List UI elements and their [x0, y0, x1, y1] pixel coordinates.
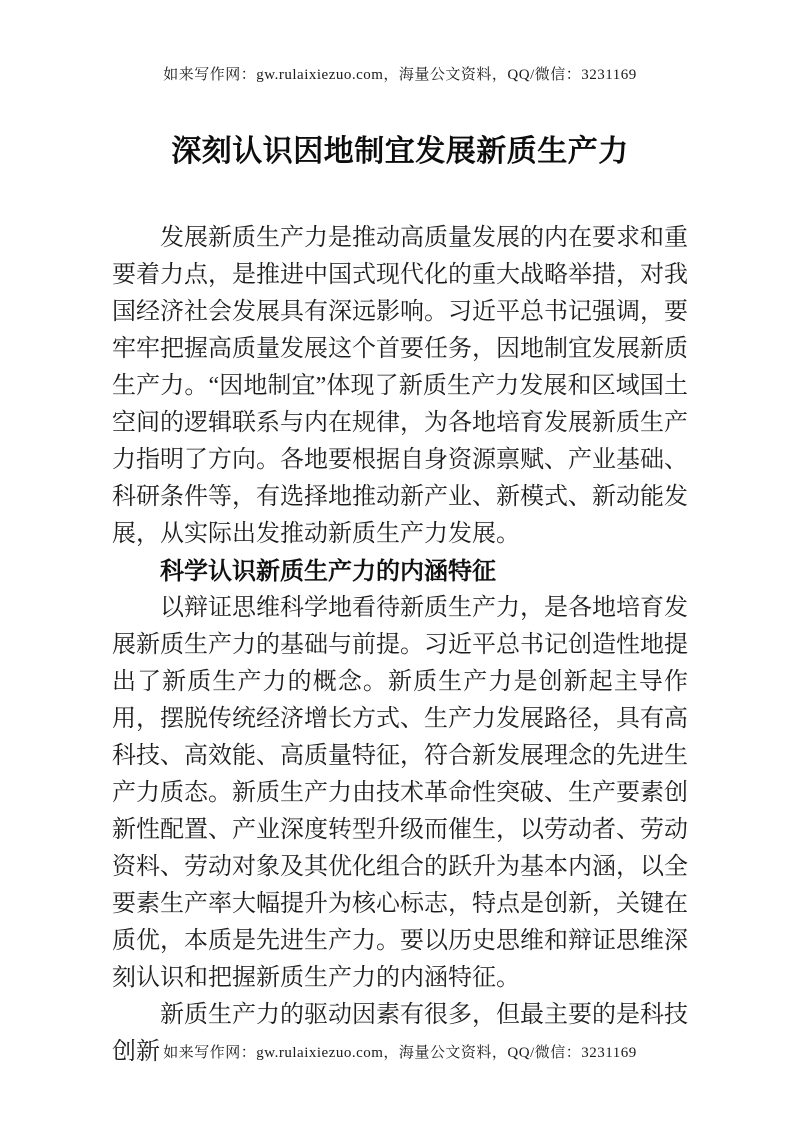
document-page: 如来写作网：gw.rulaixiezuo.com，海量公文资料，QQ/微信：32… [0, 0, 800, 1131]
footer-note: 如来写作网：gw.rulaixiezuo.com，海量公文资料，QQ/微信：32… [0, 1044, 800, 1062]
section-heading: 科学认识新质生产力的内涵特征 [112, 553, 688, 590]
document-title: 深刻认识因地制宜发展新质生产力 [0, 131, 800, 173]
paragraph: 发展新质生产力是推动高质量发展的内在要求和重要着力点，是推进中国式现代化的重大战… [112, 220, 688, 553]
paragraph: 以辩证思维科学地看待新质生产力，是各地培育发展新质生产力的基础与前提。习近平总书… [112, 590, 688, 997]
header-note: 如来写作网：gw.rulaixiezuo.com，海量公文资料，QQ/微信：32… [0, 66, 800, 84]
document-body: 发展新质生产力是推动高质量发展的内在要求和重要着力点，是推进中国式现代化的重大战… [112, 220, 688, 1071]
